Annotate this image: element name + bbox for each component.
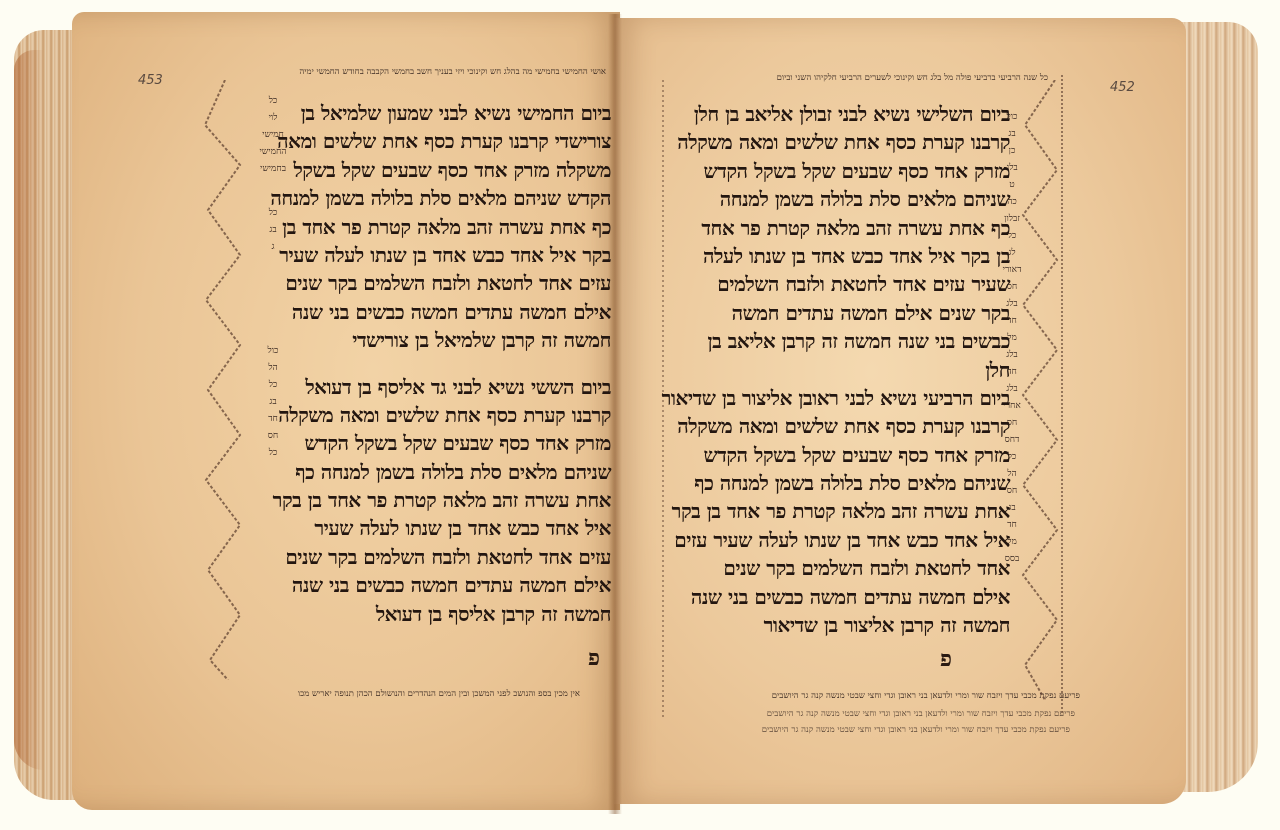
text-line: מזרק אחד כסף שבעים שקל בשקל הקדש <box>688 441 1010 469</box>
text-line: חמשה זה קרבן אליצור בן שדיאור <box>688 611 1010 639</box>
text-line: מזרק אחד כסף שבעים שקל בשקל הקדש <box>688 157 1010 185</box>
right-text-column: ביום השלישי נשיא לבני זבולן אליאב בן חלן… <box>688 100 1010 639</box>
text-line: צורישדי קרבנו קערת כסף אחת שלשים ומאה <box>296 127 611 155</box>
left-text-block-1: ביום החמישי נשיא לבני שמעון שלמיאל בן צו… <box>296 99 611 355</box>
right-outer-masora-line <box>1055 75 1069 715</box>
text-line: עזים אחד לחטאת ולזבח השלמים בקר שנים <box>296 543 611 571</box>
text-line: ביום השלישי נשיא לבני זבולן אליאב בן חלן <box>688 100 1010 128</box>
text-line: קרבנו קערת כסף אחת שלשים ומאה משקלה <box>296 401 611 429</box>
right-text-block-1: ביום השלישי נשיא לבני זבולן אליאב בן חלן… <box>688 100 1010 384</box>
masora-note: כל <box>269 447 278 458</box>
text-line: אילם חמשה עתדים חמשה כבשים בני שנה <box>296 298 611 326</box>
text-line: מזרק אחד כסף שבעים שקל בשקל הקדש <box>296 429 611 457</box>
text-line: ביום החמישי נשיא לבני שמעון שלמיאל בן <box>296 99 611 127</box>
text-line: ביום הששי נשיא לבני גד אליסף בן דעואל <box>296 373 611 401</box>
left-text-block-2: ביום הששי נשיא לבני גד אליסף בן דעואל קר… <box>296 373 611 629</box>
text-line: אחד לחטאת ולזבח השלמים בקר שנים <box>688 554 1010 582</box>
text-line: כף אחת עשרה זהב מלאה קטרת פר אחד <box>688 214 1010 242</box>
masora-note: בחמישי <box>260 163 286 174</box>
text-line: שניהם מלאים סלת בלולה בשמן למנחה כף <box>296 458 611 486</box>
left-masora-magna-bottom: אין מכין בספ והנושכ לפני המשכן ובין המים… <box>215 688 580 699</box>
left-text-column: ביום החמישי נשיא לבני שמעון שלמיאל בן צו… <box>296 99 611 628</box>
masora-note: בג <box>269 224 276 235</box>
right-masora-magna-top: כל שנה הרביעי ברביעי פולה מל בלג חש וקינ… <box>668 72 1048 83</box>
text-line: ביום הרביעי נשיא לבני ראובן אליצור בן שד… <box>688 384 1010 412</box>
right-masora-magna-bottom-line2: פריעם נפקת מכבי עדך ויזבח שור ומרי ולדעא… <box>665 708 1075 719</box>
text-line: אילם חמשה עתדים חמשה כבשים בני שנה <box>688 583 1010 611</box>
left-petucha-mark: פ <box>588 645 600 671</box>
masora-note: כל <box>269 95 278 106</box>
text-line: שעיר עזים אחד לחטאת ולזבח השלמים <box>688 270 1010 298</box>
text-line: שניהם מלאים סלת בלולה בשמן למנחה כף <box>688 469 1010 497</box>
masora-note: כול <box>268 345 279 356</box>
right-text-block-2: ביום הרביעי נשיא לבני ראובן אליצור בן שד… <box>688 384 1010 640</box>
text-line: חמשה זה קרבן שלמיאל בן צורישדי <box>296 326 611 354</box>
masora-note: ט <box>1009 179 1014 190</box>
text-line: עזים אחד לחטאת ולזבח השלמים בקר שנים <box>296 269 611 297</box>
text-line: איל אחד כבש אחד בן שנתו לעלה שעיר עזים <box>688 526 1010 554</box>
masora-note: בג <box>269 396 276 407</box>
masora-note: חס <box>268 430 278 441</box>
right-masora-magna-bottom-line3: פריעם נפקת מכבי עדך ויזבח שור ומרי ולדעא… <box>670 724 1070 735</box>
text-line: קרבנו קערת כסף אחת שלשים ומאה משקלה <box>688 128 1010 156</box>
text-line: אחת עשרה זהב מלאה קטרת פר אחד בן בקר <box>688 497 1010 525</box>
masora-note: לוי <box>269 112 278 123</box>
right-petucha-mark: פ <box>940 646 952 672</box>
text-line: שניהם מלאים סלת בלולה בשמן למנחה <box>688 185 1010 213</box>
text-line: חלן <box>688 356 1010 384</box>
right-folio-number: 452 <box>1110 80 1135 95</box>
left-micrography-zigzag <box>200 80 250 680</box>
masora-note: הל <box>268 362 277 373</box>
text-line: כבשים בני שנה חמשה זה קרבן אליאב בן <box>688 327 1010 355</box>
text-line: אחת עשרה זהב מלאה קטרת פר אחד בן בקר <box>296 486 611 514</box>
text-line: חמשה זה קרבן אליסף בן דעואל <box>296 600 611 628</box>
text-line: משקלה מזרק אחד כסף שבעים שקל בשקל <box>296 156 611 184</box>
masora-note: כל <box>269 379 278 390</box>
text-line: בקר שנים אילם חמשה עתדים חמשה <box>688 299 1010 327</box>
text-line: הקדש שניהם מלאים סלת בלולה בשמן למנחה <box>296 184 611 212</box>
left-masora-magna-top: אושי החמישי בחמישי מה בהלג חש וקינוכי וי… <box>226 66 606 77</box>
text-line: בן בקר איל אחד כבש אחד בן שנתו לעלה <box>688 242 1010 270</box>
open-manuscript: 453 452 אושי החמישי בחמישי מה בהלג חש וק… <box>0 0 1280 830</box>
left-folio-number: 453 <box>138 73 163 88</box>
text-line: אילם חמשה עתדים חמשה כבשים בני שנה <box>296 571 611 599</box>
masora-note: חד <box>268 413 278 424</box>
masora-note: ג <box>272 241 275 252</box>
text-line: כף אחת עשרה זהב מלאה קטרת פר אחד בן <box>296 213 611 241</box>
text-line: קרבנו קערת כסף אחת שלשים ומאה משקלה <box>688 412 1010 440</box>
text-line: איל אחד כבש אחד בן שנתו לעלה שעיר <box>296 514 611 542</box>
text-line: בקר איל אחד כבש אחד בן שנתו לעלה שעיר <box>296 241 611 269</box>
